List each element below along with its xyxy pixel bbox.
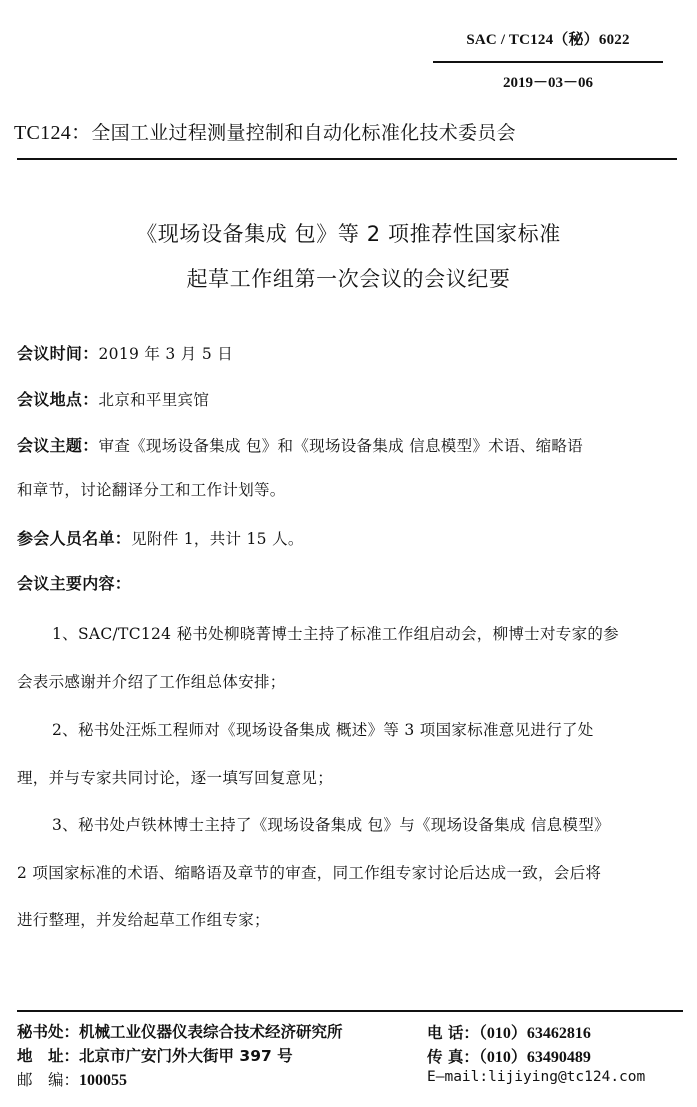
document-title-line-2: 起草工作组第一次会议的会议纪要 [0,263,697,293]
main-content-label: 会议主要内容： [17,574,131,593]
postcode-value: 100055 [79,1072,127,1089]
attendees-value: 见附件 1，共计 15 人。 [131,530,304,548]
content-item-2-line-1: 2、秘书处汪烁工程师对《现场设备集成 概述》等 3 项国家标准意见进行了处 [52,718,594,740]
meeting-place: 会议地点：北京和平里宾馆 [17,387,209,410]
content-item-3-line-2: 2 项国家标准的术语、缩略语及章节的审查，同工作组专家讨论后达成一致，会后将 [17,861,601,883]
footer-secretariat: 秘书处：机械工业仪器仪表综合技术经济研究所 [17,1020,343,1042]
content-item-1-line-1: 1、SAC/TC124 秘书处柳晓菁博士主持了标准工作组启动会，柳博士对专家的参 [52,622,619,644]
footer-email[interactable]: E—mail:lijiying@tc124.com [427,1069,645,1085]
content-item-2-line-2: 理，并与专家共同讨论，逐一填写回复意见； [17,766,333,788]
main-content-heading: 会议主要内容： [17,571,131,594]
committee-name: 全国工业过程测量控制和自动化标准化技术委员会 [91,122,516,144]
document-number: SAC / TC124（秘）6022 [433,28,663,49]
meeting-place-label: 会议地点： [17,390,99,409]
address-label: 地 址： [17,1047,79,1065]
footer-address: 地 址：北京市广安门外大街甲 397 号 [17,1044,293,1066]
committee-heading: TC124：全国工业过程测量控制和自动化标准化技术委员会 [14,116,516,145]
meeting-topic: 会议主题：审查《现场设备集成 包》和《现场设备集成 信息模型》术语、缩略语 [17,433,583,456]
footer-postcode: 邮 编：100055 [17,1068,127,1090]
attendees: 参会人员名单：见附件 1，共计 15 人。 [17,526,304,549]
phone-label: 电 话： [427,1024,479,1042]
meeting-topic-value: 审查《现场设备集成 包》和《现场设备集成 信息模型》术语、缩略语 [99,437,583,455]
meeting-time: 会议时间：2019 年 3 月 5 日 [17,341,233,364]
meeting-time-value: 2019 年 3 月 5 日 [99,345,234,363]
committee-code: TC124： [14,122,91,144]
address-value: 北京市广安门外大街甲 397 号 [79,1047,293,1065]
meeting-time-label: 会议时间： [17,344,99,363]
content-item-3-line-3: 进行整理，并发给起草工作组专家； [17,908,270,930]
secretariat-label: 秘书处： [17,1023,79,1041]
footer-divider [17,1010,683,1012]
footer-fax: 传 真：（010）63490489 [427,1044,591,1067]
meeting-place-value: 北京和平里宾馆 [99,391,210,409]
main-divider [17,158,677,160]
fax-label: 传 真： [427,1048,479,1066]
document-title-line-1: 《现场设备集成 包》等 2 项推荐性国家标准 [0,218,697,248]
content-item-3-line-1: 3、秘书处卢铁林博士主持了《现场设备集成 包》与《现场设备集成 信息模型》 [52,813,610,835]
secretariat-value: 机械工业仪器仪表综合技术经济研究所 [79,1023,343,1041]
document-date: 2019－03－06 [433,71,663,92]
postcode-label: 邮 编： [17,1071,79,1089]
content-item-1-line-2: 会表示感谢并介绍了工作组总体安排； [17,670,286,692]
attendees-label: 参会人员名单： [17,529,131,548]
footer-phone: 电 话：（010）63462816 [427,1020,591,1043]
meeting-topic-label: 会议主题： [17,436,99,455]
meeting-topic-continued: 和章节，讨论翻译分工和工作计划等。 [17,478,286,500]
phone-value: （010）63462816 [479,1025,591,1042]
header-divider [433,61,663,63]
fax-value: （010）63490489 [479,1049,591,1066]
